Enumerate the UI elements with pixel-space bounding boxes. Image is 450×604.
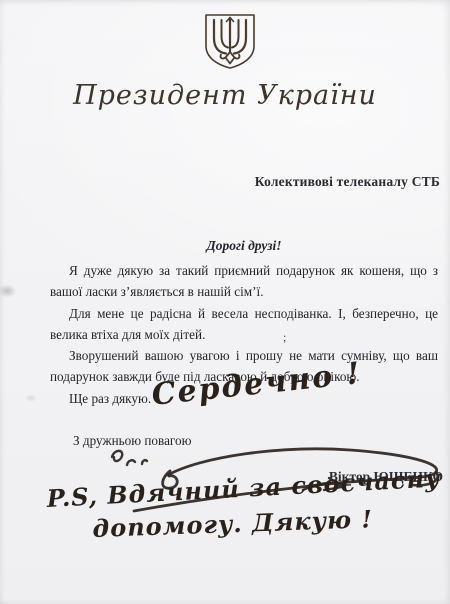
salutation: Дорогі друзі! [50, 238, 438, 254]
paragraph-2: Для мене це радісна й весела несподіванк… [50, 303, 438, 346]
letterhead-title: Президент України [0, 80, 450, 111]
coat-of-arms-trident-icon [203, 13, 257, 69]
scan-smudge-small [22, 393, 40, 403]
scan-smudge [0, 282, 20, 300]
scanned-letter-page: Президент України Колективові телеканалу… [0, 0, 450, 604]
scan-artifact-mark: ; [283, 330, 286, 345]
addressee-line: Колективові телеканалу СТБ [255, 174, 440, 190]
paragraph-1: Я дуже дякую за такий приємний подарунок… [50, 260, 438, 303]
